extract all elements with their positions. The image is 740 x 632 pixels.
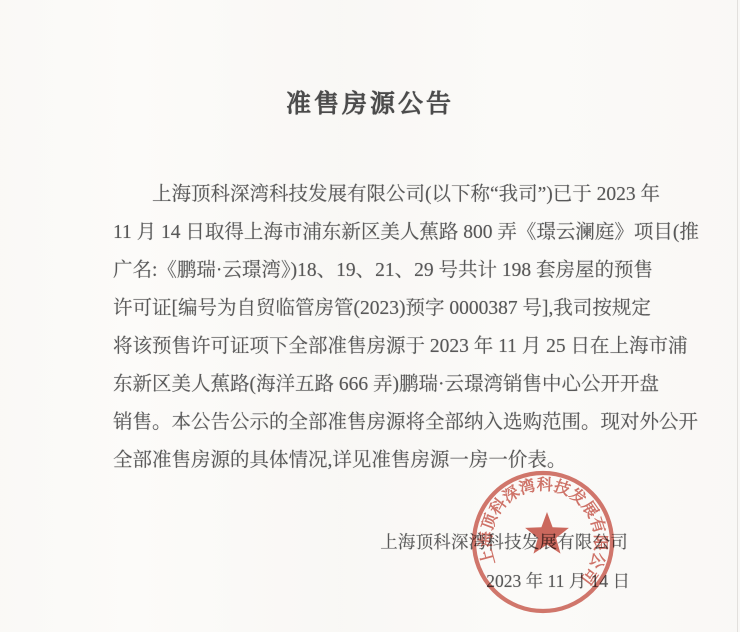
body-line: 许可证[编号为自贸临管房管(2023)预字 0000387 号],我司按规定	[113, 290, 641, 328]
signature-date: 2023 年 11 月 14 日	[486, 568, 630, 593]
body-line: 上海顶科深湾科技发展有限公司(以下称“我司”)已于 2023 年	[113, 176, 641, 214]
page-title: 准售房源公告	[0, 84, 740, 120]
body-line: 11 月 14 日取得上海市浦东新区美人蕉路 800 弄《璟云澜庭》项目(推	[113, 214, 641, 252]
signature-company: 上海顶科深湾科技发展有限公司	[380, 529, 628, 554]
body-line: 全部准售房源的具体情况,详见准售房源一房一价表。	[113, 442, 641, 480]
body-line: 销售。本公告公示的全部准售房源将全部纳入选购范围。现对外公开	[113, 404, 641, 442]
body-paragraph: 上海顶科深湾科技发展有限公司(以下称“我司”)已于 2023 年 11 月 14…	[113, 176, 641, 480]
body-line: 广名:《鹏瑞·云璟湾》)18、19、21、29 号共计 198 套房屋的预售	[113, 252, 641, 290]
body-line: 将该预售许可证项下全部准售房源于 2023 年 11 月 25 日在上海市浦	[113, 328, 641, 366]
body-line: 东新区美人蕉路(海洋五路 666 弄)鹏瑞·云璟湾销售中心公开开盘	[113, 366, 641, 404]
scanned-notice-document: 准售房源公告 上海顶科深湾科技发展有限公司(以下称“我司”)已于 2023 年 …	[0, 0, 740, 632]
